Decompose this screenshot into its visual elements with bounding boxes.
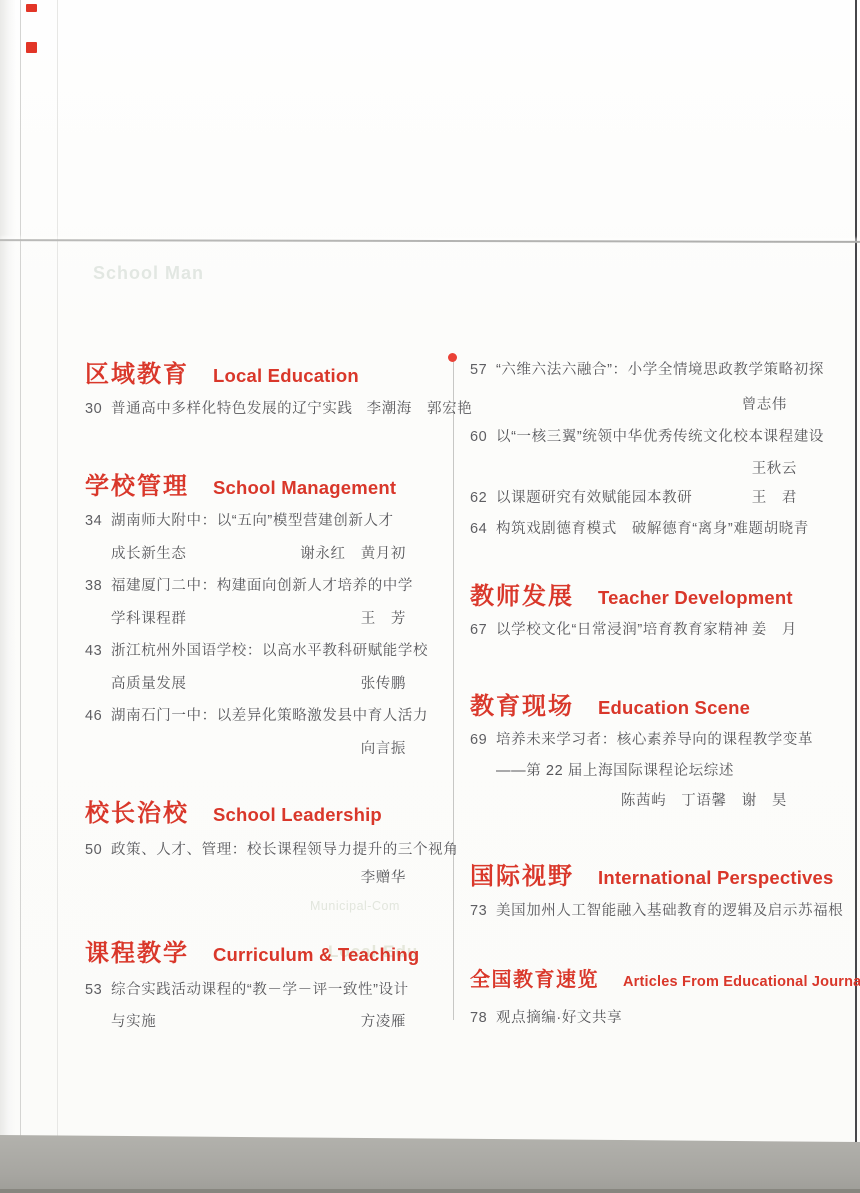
entry-title: 普通高中多样化特色发展的辽宁实践 [111,400,353,418]
entry-subtitle: ——第 22 届上海国际课程论坛综述 [496,762,734,780]
section-title-zh: 教师发展 [470,576,574,611]
page-number: 53 [85,981,111,999]
section-title-zh: 国际视野 [470,856,574,891]
page-number: 78 [470,1009,496,1027]
entry-authors: 王 芳 [361,610,443,628]
entry-title: 湖南石门一中：以差异化策略激发县中育人活力 [111,707,428,725]
section-title-en: School Management [213,477,396,499]
entry-title: 美国加州人工智能融入基础教育的逻辑及启示 [496,902,798,920]
toc-entry-60-authors: 王秋云 [470,460,797,478]
section-title-zh: 校长治校 [85,793,189,828]
page-number: 60 [470,428,496,446]
section-heading-international-perspectives: 国际视野 International Perspectives [470,856,834,891]
toc-entry-62: 62 以课题研究有效赋能园本教研 王 君 [470,489,797,507]
toc-entry-57-authors: 曾志伟 [470,396,797,414]
toc-entry-46-authors: 向言振 [85,740,443,758]
page-number: 38 [85,577,111,595]
section-heading-teacher-development: 教师发展 Teacher Development [470,576,793,611]
scan-right-edge [855,0,857,1193]
section-title-zh: 学校管理 [85,466,189,501]
toc-entry-57-line1: 57 “六维六法六融合”：小学全情境思政教学策略初探 [470,361,797,379]
toc-entry-69-line1: 69 培养未来学习者：核心素养导向的课程教学变革 [470,731,797,749]
entry-authors: 向言振 [361,740,443,758]
section-title-en: Local Education [213,365,359,387]
toc-entry-69-line2: ——第 22 届上海国际课程论坛综述 [470,762,797,780]
toc-entry-38-line1: 38 福建厦门二中：构建面向创新人才培养的中学 [85,577,443,595]
entry-authors: 姜 月 [752,621,797,639]
entry-title-continuation: 学科课程群 [111,610,187,628]
page-number: 67 [470,621,496,639]
red-registration-mark [26,42,37,53]
toc-entry-38-line2: 学科课程群 王 芳 [85,610,443,628]
spine-crease-line-2 [57,0,58,1193]
toc-entry-30: 30 普通高中多样化特色发展的辽宁实践 李潮海 郭宏艳 [85,400,443,418]
entry-title: 浙江杭州外国语学校：以高水平教科研赋能学校 [111,642,428,660]
toc-entry-50-line1: 50 政策、人才、管理：校长课程领导力提升的三个视角 [85,841,443,859]
entry-authors: 胡晓青 [764,520,809,538]
entry-authors: 李赠华 [361,869,443,887]
entry-title-continuation: 与实施 [111,1013,156,1031]
page-spine-shadow [0,0,16,1193]
section-heading-school-management: 学校管理 School Management [85,466,396,501]
entry-title-continuation: 成长新生态 [111,545,187,563]
scan-bottom-band [0,1130,860,1193]
entry-title-continuation: 高质量发展 [111,675,187,693]
entry-authors: 曾志伟 [742,396,797,414]
section-title-en: International Perspectives [598,867,834,889]
page-number: 50 [85,841,111,859]
entry-title: 福建厦门二中：构建面向创新人才培养的中学 [111,577,413,595]
horizontal-crease-line [0,239,860,243]
entry-title: 综合实践活动课程的“教－学－评一致性”设计 [111,981,409,999]
toc-entry-60-line1: 60 以“一核三翼”统领中华优秀传统文化校本课程建设 [470,428,797,446]
section-heading-national-digest: 全国教育速览 Articles From Educational Journal… [470,963,860,992]
section-heading-education-scene: 教育现场 Education Scene [470,686,750,721]
section-title-en: School Leadership [213,804,382,826]
entry-title: 培养未来学习者：核心素养导向的课程教学变革 [496,731,813,749]
entry-authors: 苏福根 [798,902,853,920]
section-heading-local-education: 区域教育 Local Education [85,354,359,389]
toc-entry-50-authors: 李赠华 [85,869,443,887]
page-number: 46 [85,707,111,725]
toc-entry-53-line2: 与实施 方凌雁 [85,1013,443,1031]
entry-authors: 谢永红 黄月初 [300,545,443,563]
toc-entry-67: 67 以学校文化“日常浸润”培育教育家精神 姜 月 [470,621,797,639]
ghost-bleedthrough-text: Municipal-Com [310,899,400,913]
toc-entry-43-line1: 43 浙江杭州外国语学校：以高水平教科研赋能学校 [85,642,443,660]
page-number: 73 [470,902,496,920]
toc-entry-34-line2: 成长新生态 谢永红 黄月初 [85,545,443,563]
entry-title: 政策、人才、管理：校长课程领导力提升的三个视角 [111,841,458,859]
ghost-bleedthrough-text: School Man [93,263,204,284]
section-heading-school-leadership: 校长治校 School Leadership [85,793,382,828]
section-title-zh: 全国教育速览 [470,963,599,992]
red-registration-mark [26,4,37,12]
page-number: 64 [470,520,496,538]
section-title-en: Articles From Educational Journals [623,974,860,990]
toc-entry-46-line1: 46 湖南石门一中：以差异化策略激发县中育人活力 [85,707,443,725]
toc-entry-43-line2: 高质量发展 张传鹏 [85,675,443,693]
page-number: 34 [85,512,111,530]
section-title-zh: 区域教育 [85,354,189,389]
entry-title: “六维六法六融合”：小学全情境思政教学策略初探 [496,361,824,379]
entry-title: 以“一核三翼”统领中华优秀传统文化校本课程建设 [496,428,824,446]
entry-authors: 陈茜屿 丁语馨 谢 昊 [621,792,797,810]
entry-authors: 王 君 [752,489,797,507]
entry-authors: 李潮海 郭宏艳 [367,400,473,418]
section-title-en: Teacher Development [598,587,793,609]
toc-entry-34-line1: 34 湖南师大附中：以“五向”模型营建创新人才 [85,512,443,530]
entry-title: 以学校文化“日常浸润”培育教育家精神 [496,621,748,639]
spine-crease-line [20,0,21,1193]
page-number: 43 [85,642,111,660]
column-divider-line [453,357,454,1020]
entry-title: 湖南师大附中：以“五向”模型营建创新人才 [111,512,394,530]
section-heading-curriculum-teaching: 课程教学 Curriculum & Teaching [85,933,419,968]
entry-authors: 张传鹏 [361,675,443,693]
page-number: 30 [85,400,111,418]
section-title-zh: 课程教学 [85,933,189,968]
page-number: 57 [470,361,496,379]
entry-authors: 方凌雁 [361,1013,443,1031]
entry-title: 构筑戏剧德育模式 破解德育“离身”难题 [496,520,764,538]
section-title-zh: 教育现场 [470,686,574,721]
page-number: 69 [470,731,496,749]
section-title-en: Education Scene [598,697,750,719]
toc-entry-69-authors: 陈茜屿 丁语馨 谢 昊 [470,792,797,810]
entry-title: 以课题研究有效赋能园本教研 [496,489,692,507]
page-number: 62 [470,489,496,507]
divider-red-dot [448,353,457,362]
toc-entry-78: 78 观点摘编·好文共享 [470,1009,797,1027]
entry-authors: 王秋云 [752,460,797,478]
toc-entry-64: 64 构筑戏剧德育模式 破解德育“离身”难题 胡晓青 [470,520,797,538]
section-title-en: Curriculum & Teaching [213,944,419,966]
toc-entry-73: 73 美国加州人工智能融入基础教育的逻辑及启示 苏福根 [470,902,797,920]
toc-page: School Man Municipal-Com Local Edu 区域教育 … [0,0,860,1193]
toc-entry-53-line1: 53 综合实践活动课程的“教－学－评一致性”设计 [85,981,443,999]
scan-bottom-edge [0,1189,860,1193]
entry-title: 观点摘编·好文共享 [496,1009,622,1027]
